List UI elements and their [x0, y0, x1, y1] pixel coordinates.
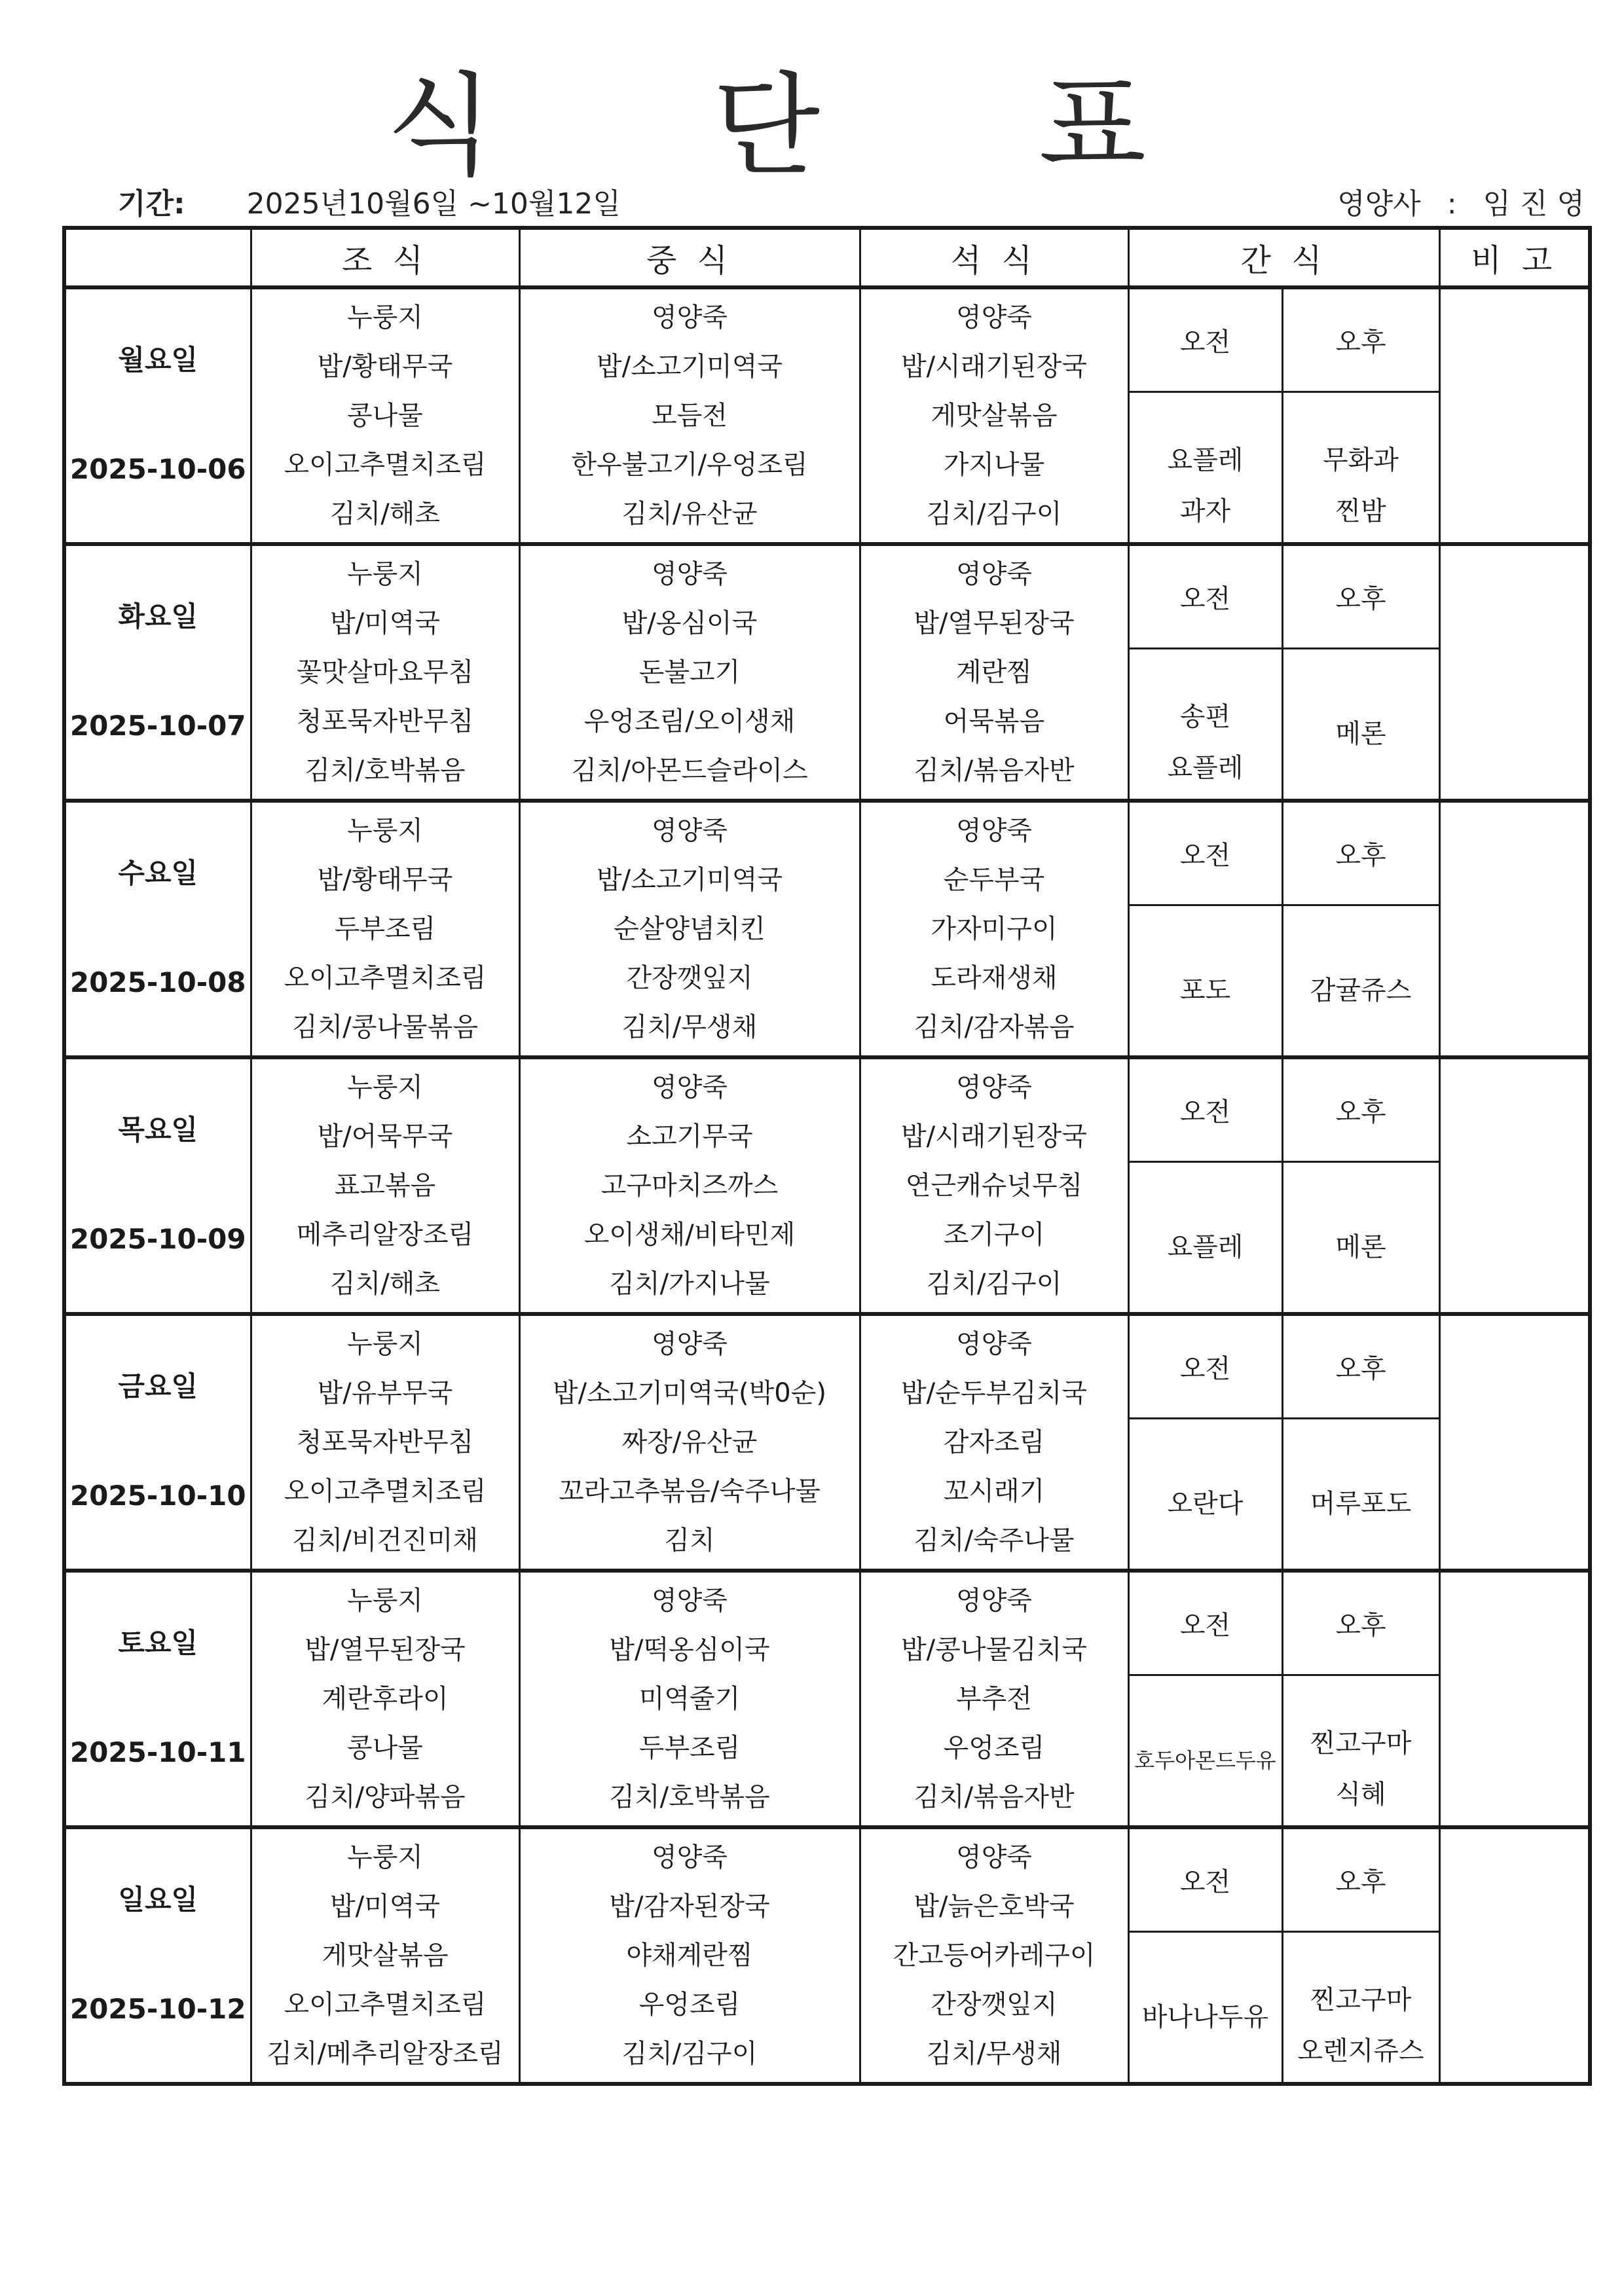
notes-cell	[1439, 1057, 1590, 1314]
nutritionist-name: 임 진 영	[1483, 187, 1585, 221]
snack-pm-label: 오후	[1282, 1827, 1439, 1932]
lunch-item: 밥/소고기미역국	[521, 342, 859, 391]
dinner-cell: 영양죽밥/시래기된장국게맛살볶음가지나물김치/김구이	[860, 287, 1128, 544]
day-name: 일요일	[66, 1878, 250, 1918]
dinner-item: 간장깻잎지	[861, 1980, 1128, 2029]
lunch-list: 영양죽밥/옹심이국돈불고기우엉조림/오이생채김치/아몬드슬라이스	[521, 546, 859, 799]
dinner-cell: 영양죽밥/열무된장국계란찜어묵볶음김치/볶음자반	[860, 544, 1128, 801]
snack-item: 송편	[1130, 691, 1282, 742]
snack-pm-cell: 메론	[1282, 1162, 1439, 1315]
snack-am-label: 오전	[1128, 801, 1282, 905]
dinner-item: 게맛살볶음	[861, 392, 1128, 440]
dinner-item: 간고등어카레구이	[861, 1931, 1128, 1980]
lunch-item: 우엉조림/오이생채	[521, 697, 859, 746]
breakfast-item: 콩나물	[252, 1724, 519, 1772]
breakfast-item: 게맛살볶음	[252, 1931, 519, 1980]
lunch-item: 영양죽	[521, 293, 859, 342]
lunch-item: 꼬라고추볶음/숙주나물	[521, 1467, 859, 1516]
lunch-item: 야채계란찜	[521, 1931, 859, 1980]
dinner-item: 꼬시래기	[861, 1467, 1128, 1516]
dinner-list: 영양죽밥/콩나물김치국부추전우엉조림김치/볶음자반	[861, 1573, 1128, 1825]
snack-pm-label: 오후	[1282, 1571, 1439, 1675]
snack-am-list: 오란다	[1130, 1419, 1282, 1569]
breakfast-cell: 누룽지밥/어묵무국표고볶음메추리알장조림김치/해초	[251, 1057, 519, 1314]
day-cell: 금요일2025-10-10	[64, 1314, 251, 1571]
snack-pm-list: 찐고구마식혜	[1283, 1676, 1439, 1825]
lunch-item: 영양죽	[521, 550, 859, 598]
dinner-item: 김치/김구이	[861, 1260, 1128, 1308]
day-cell: 일요일2025-10-12	[64, 1827, 251, 2084]
dinner-item: 우엉조림	[861, 1724, 1128, 1772]
dinner-item: 영양죽	[861, 1576, 1128, 1625]
lunch-item: 고구마치즈까스	[521, 1161, 859, 1210]
dinner-item: 부추전	[861, 1675, 1128, 1723]
dinner-item: 김치/무생채	[861, 2030, 1128, 2078]
breakfast-cell: 누룽지밥/황태무국콩나물오이고추멸치조림김치/해초	[251, 287, 519, 544]
snack-am-label: 오전	[1128, 1314, 1282, 1419]
lunch-cell: 영양죽소고기무국고구마치즈까스오이생채/비타민제김치/가지나물	[519, 1057, 860, 1314]
lunch-list: 영양죽밥/소고기미역국순살양념치킨간장깻잎지김치/무생채	[521, 803, 859, 1055]
lunch-item: 밥/옹심이국	[521, 599, 859, 647]
breakfast-item: 오이고추멸치조림	[252, 441, 519, 489]
breakfast-item: 청포묵자반무침	[252, 697, 519, 746]
lunch-item: 밥/떡옹심이국	[521, 1626, 859, 1674]
snack-item: 포도	[1130, 965, 1282, 1016]
dinner-item: 밥/시래기된장국	[861, 1112, 1128, 1161]
day-date: 2025-10-11	[66, 1736, 250, 1768]
dinner-cell: 영양죽밥/늙은호박국간고등어카레구이간장깻잎지김치/무생채	[860, 1827, 1128, 2084]
breakfast-item: 김치/비건진미채	[252, 1516, 519, 1565]
lunch-item: 영양죽	[521, 1576, 859, 1625]
day-row: 토요일2025-10-11누룽지밥/열무된장국계란후라이콩나물김치/양파볶음영양…	[64, 1571, 1590, 1675]
period-info: 기간: 2025년10월6일 ~10월12일	[118, 180, 621, 222]
lunch-item: 밥/감자된장국	[521, 1882, 859, 1931]
header-lunch: 중 식	[519, 228, 860, 287]
notes-cell	[1439, 544, 1590, 801]
lunch-item: 순살양념치킨	[521, 905, 859, 953]
lunch-item: 영양죽	[521, 1320, 859, 1368]
breakfast-item: 두부조림	[252, 905, 519, 953]
day-date: 2025-10-07	[66, 710, 250, 742]
snack-am-cell: 오란다	[1128, 1419, 1282, 1571]
notes-cell	[1439, 1314, 1590, 1571]
snack-am-label: 오전	[1128, 287, 1282, 392]
dinner-list: 영양죽밥/열무된장국계란찜어묵볶음김치/볶음자반	[861, 546, 1128, 799]
dinner-item: 밥/순두부김치국	[861, 1369, 1128, 1417]
lunch-item: 우엉조림	[521, 1980, 859, 2029]
breakfast-item: 김치/양파볶음	[252, 1773, 519, 1821]
day-cell: 화요일2025-10-07	[64, 544, 251, 801]
lunch-item: 모듬전	[521, 392, 859, 440]
lunch-item: 영양죽	[521, 1063, 859, 1112]
breakfast-item: 콩나물	[252, 392, 519, 440]
snack-am-list: 요플레과자	[1130, 393, 1282, 542]
snack-pm-label: 오후	[1282, 1057, 1439, 1162]
snack-am-list: 바나나두유	[1130, 1933, 1282, 2082]
lunch-item: 김치/무생채	[521, 1003, 859, 1051]
lunch-item: 한우불고기/우엉조림	[521, 441, 859, 489]
snack-pm-list: 메론	[1283, 1163, 1439, 1312]
breakfast-item: 누룽지	[252, 293, 519, 342]
period-value: 2025년10월6일 ~10월12일	[247, 187, 621, 221]
breakfast-cell: 누룽지밥/미역국꽃맛살마요무침청포묵자반무침김치/호박볶음	[251, 544, 519, 801]
snack-item: 찐고구마	[1283, 1718, 1439, 1769]
dinner-item: 영양죽	[861, 807, 1128, 855]
lunch-cell: 영양죽밥/옹심이국돈불고기우엉조림/오이생채김치/아몬드슬라이스	[519, 544, 860, 801]
lunch-list: 영양죽밥/소고기미역국모듬전한우불고기/우엉조림김치/유산균	[521, 289, 859, 542]
dinner-item: 영양죽	[861, 1833, 1128, 1882]
day-cell: 수요일2025-10-08	[64, 801, 251, 1057]
snack-am-cell: 포도	[1128, 905, 1282, 1058]
dinner-cell: 영양죽밥/순두부김치국감자조림꼬시래기김치/숙주나물	[860, 1314, 1128, 1571]
lunch-item: 김치/아몬드슬라이스	[521, 746, 859, 795]
dinner-cell: 영양죽밥/콩나물김치국부추전우엉조림김치/볶음자반	[860, 1571, 1128, 1827]
breakfast-item: 누룽지	[252, 1063, 519, 1112]
snack-item: 메론	[1283, 708, 1439, 759]
lunch-item: 두부조림	[521, 1724, 859, 1772]
snack-item: 메론	[1283, 1222, 1439, 1273]
snack-item: 오렌지쥬스	[1283, 2026, 1439, 2077]
breakfast-item: 김치/해초	[252, 490, 519, 538]
breakfast-item: 누룽지	[252, 1576, 519, 1625]
day-name: 목요일	[66, 1108, 250, 1148]
snack-pm-label: 오후	[1282, 544, 1439, 649]
snack-am-list: 호두아몬드두유	[1130, 1676, 1282, 1825]
snack-item: 바나나두유	[1130, 1992, 1282, 2043]
breakfast-item: 오이고추멸치조림	[252, 954, 519, 1002]
lunch-item: 김치/김구이	[521, 2030, 859, 2078]
breakfast-item: 김치/호박볶음	[252, 746, 519, 795]
dinner-item: 밥/콩나물김치국	[861, 1626, 1128, 1674]
lunch-cell: 영양죽밥/소고기미역국순살양념치킨간장깻잎지김치/무생채	[519, 801, 860, 1057]
breakfast-list: 누룽지밥/미역국게맛살볶음오이고추멸치조림김치/메추리알장조림	[252, 1829, 519, 2082]
lunch-item: 소고기무국	[521, 1112, 859, 1161]
breakfast-list: 누룽지밥/유부무국청포묵자반무침오이고추멸치조림김치/비건진미채	[252, 1316, 519, 1569]
snack-item: 과자	[1130, 486, 1282, 537]
snack-am-label: 오전	[1128, 1571, 1282, 1675]
dinner-item: 계란찜	[861, 648, 1128, 697]
notes-cell	[1439, 1827, 1590, 2084]
breakfast-item: 표고볶음	[252, 1161, 519, 1210]
header-snack: 간 식	[1128, 228, 1439, 287]
day-name: 수요일	[66, 852, 250, 891]
lunch-item: 영양죽	[521, 1833, 859, 1882]
day-row: 화요일2025-10-07누룽지밥/미역국꽃맛살마요무침청포묵자반무침김치/호박…	[64, 544, 1590, 649]
breakfast-item: 김치/메추리알장조림	[252, 2030, 519, 2078]
dinner-list: 영양죽밥/시래기된장국게맛살볶음가지나물김치/김구이	[861, 289, 1128, 542]
header-dinner: 석 식	[860, 228, 1128, 287]
lunch-list: 영양죽밥/감자된장국야채계란찜우엉조림김치/김구이	[521, 1829, 859, 2082]
dinner-list: 영양죽밥/시래기된장국연근캐슈넛무침조기구이김치/김구이	[861, 1059, 1128, 1312]
lunch-item: 밥/소고기미역국(박0순)	[521, 1369, 859, 1417]
breakfast-item: 밥/어묵무국	[252, 1112, 519, 1161]
snack-pm-label: 오후	[1282, 801, 1439, 905]
dinner-item: 김치/김구이	[861, 490, 1128, 538]
lunch-item: 미역줄기	[521, 1675, 859, 1723]
snack-item: 무화과	[1283, 435, 1439, 486]
nutritionist-separator: :	[1447, 187, 1457, 221]
day-row: 금요일2025-10-10누룽지밥/유부무국청포묵자반무침오이고추멸치조림김치/…	[64, 1314, 1590, 1419]
lunch-list: 영양죽밥/떡옹심이국미역줄기두부조림김치/호박볶음	[521, 1573, 859, 1825]
lunch-cell: 영양죽밥/소고기미역국(박0순)짜장/유산균꼬라고추볶음/숙주나물김치	[519, 1314, 860, 1571]
day-row: 목요일2025-10-09누룽지밥/어묵무국표고볶음메추리알장조림김치/해초영양…	[64, 1057, 1590, 1162]
page-title: 식 단 표	[0, 36, 1624, 196]
snack-pm-list: 찐고구마오렌지쥬스	[1283, 1933, 1439, 2082]
dinner-list: 영양죽밥/늙은호박국간고등어카레구이간장깻잎지김치/무생채	[861, 1829, 1128, 2082]
day-date: 2025-10-09	[66, 1223, 250, 1255]
dinner-item: 도라재생채	[861, 954, 1128, 1002]
dinner-list: 영양죽순두부국가자미구이도라재생채김치/감자볶음	[861, 803, 1128, 1055]
day-date: 2025-10-06	[66, 453, 250, 485]
snack-item: 식혜	[1283, 1769, 1439, 1820]
dinner-item: 순두부국	[861, 856, 1128, 904]
lunch-cell: 영양죽밥/떡옹심이국미역줄기두부조림김치/호박볶음	[519, 1571, 860, 1827]
snack-pm-cell: 메론	[1282, 649, 1439, 801]
notes-cell	[1439, 801, 1590, 1057]
snack-pm-list: 메론	[1283, 649, 1439, 799]
lunch-list: 영양죽소고기무국고구마치즈까스오이생채/비타민제김치/가지나물	[521, 1059, 859, 1312]
notes-cell	[1439, 1571, 1590, 1827]
snack-pm-cell: 머루포도	[1282, 1419, 1439, 1571]
dinner-item: 밥/시래기된장국	[861, 342, 1128, 391]
lunch-list: 영양죽밥/소고기미역국(박0순)짜장/유산균꼬라고추볶음/숙주나물김치	[521, 1316, 859, 1569]
snack-item: 감귤쥬스	[1283, 965, 1439, 1016]
snack-pm-list: 감귤쥬스	[1283, 906, 1439, 1055]
snack-am-label: 오전	[1128, 1057, 1282, 1162]
snack-am-label: 오전	[1128, 544, 1282, 649]
snack-am-cell: 바나나두유	[1128, 1932, 1282, 2085]
day-name: 토요일	[66, 1622, 250, 1661]
snack-item: 찐고구마	[1283, 1975, 1439, 2026]
snack-item: 요플레	[1130, 742, 1282, 793]
snack-item: 요플레	[1130, 1222, 1282, 1273]
dinner-cell: 영양죽밥/시래기된장국연근캐슈넛무침조기구이김치/김구이	[860, 1057, 1128, 1314]
breakfast-item: 밥/열무된장국	[252, 1626, 519, 1674]
dinner-item: 김치/볶음자반	[861, 746, 1128, 795]
snack-item: 오란다	[1130, 1478, 1282, 1529]
notes-cell	[1439, 287, 1590, 544]
snack-am-cell: 요플레과자	[1128, 392, 1282, 545]
header-breakfast: 조 식	[251, 228, 519, 287]
breakfast-item: 김치/콩나물볶음	[252, 1003, 519, 1051]
dinner-item: 영양죽	[861, 293, 1128, 342]
breakfast-item: 밥/유부무국	[252, 1369, 519, 1417]
dinner-item: 영양죽	[861, 1320, 1128, 1368]
breakfast-item: 누룽지	[252, 807, 519, 855]
lunch-item: 간장깻잎지	[521, 954, 859, 1002]
snack-item: 요플레	[1130, 435, 1282, 486]
header-notes: 비 고	[1439, 228, 1590, 287]
dinner-item: 가자미구이	[861, 905, 1128, 953]
breakfast-item: 밥/미역국	[252, 599, 519, 647]
lunch-item: 김치/호박볶음	[521, 1773, 859, 1821]
breakfast-item: 오이고추멸치조림	[252, 1467, 519, 1516]
breakfast-item: 누룽지	[252, 1833, 519, 1882]
snack-pm-cell: 감귤쥬스	[1282, 905, 1439, 1058]
breakfast-list: 누룽지밥/황태무국콩나물오이고추멸치조림김치/해초	[252, 289, 519, 542]
lunch-item: 밥/소고기미역국	[521, 856, 859, 904]
dinner-cell: 영양죽순두부국가자미구이도라재생채김치/감자볶음	[860, 801, 1128, 1057]
snack-pm-cell: 찐고구마식혜	[1282, 1675, 1439, 1828]
breakfast-item: 꽃맛살마요무침	[252, 648, 519, 697]
snack-am-list: 포도	[1130, 906, 1282, 1055]
breakfast-item: 누룽지	[252, 1320, 519, 1368]
breakfast-item: 밥/황태무국	[252, 342, 519, 391]
day-name: 월요일	[66, 338, 250, 378]
breakfast-list: 누룽지밥/어묵무국표고볶음메추리알장조림김치/해초	[252, 1059, 519, 1312]
dinner-item: 밥/늙은호박국	[861, 1882, 1128, 1931]
breakfast-list: 누룽지밥/황태무국두부조림오이고추멸치조림김치/콩나물볶음	[252, 803, 519, 1055]
lunch-item: 김치/가지나물	[521, 1260, 859, 1308]
header-day	[64, 228, 251, 287]
dinner-item: 밥/열무된장국	[861, 599, 1128, 647]
breakfast-item: 김치/해초	[252, 1260, 519, 1308]
snack-am-cell: 호두아몬드두유	[1128, 1675, 1282, 1828]
dinner-item: 김치/볶음자반	[861, 1773, 1128, 1821]
lunch-item: 짜장/유산균	[521, 1418, 859, 1467]
lunch-item: 김치	[521, 1516, 859, 1565]
dinner-item: 어묵볶음	[861, 697, 1128, 746]
snack-am-cell: 송편요플레	[1128, 649, 1282, 801]
dinner-item: 김치/숙주나물	[861, 1516, 1128, 1565]
breakfast-item: 메추리알장조림	[252, 1211, 519, 1259]
lunch-item: 영양죽	[521, 807, 859, 855]
nutritionist-label: 영양사	[1337, 187, 1421, 221]
snack-pm-list: 머루포도	[1283, 1419, 1439, 1569]
day-cell: 월요일2025-10-06	[64, 287, 251, 544]
header-row: 조 식 중 식 석 식 간 식 비 고	[64, 228, 1590, 287]
day-cell: 토요일2025-10-11	[64, 1571, 251, 1827]
lunch-item: 오이생채/비타민제	[521, 1211, 859, 1259]
lunch-cell: 영양죽밥/감자된장국야채계란찜우엉조림김치/김구이	[519, 1827, 860, 2084]
period-label: 기간:	[118, 187, 185, 221]
breakfast-item: 누룽지	[252, 550, 519, 598]
dinner-item: 연근캐슈넛무침	[861, 1161, 1128, 1210]
breakfast-item: 청포묵자반무침	[252, 1418, 519, 1467]
snack-am-label: 오전	[1128, 1827, 1282, 1932]
breakfast-item: 오이고추멸치조림	[252, 1980, 519, 2029]
breakfast-item: 밥/미역국	[252, 1882, 519, 1931]
breakfast-cell: 누룽지밥/미역국게맛살볶음오이고추멸치조림김치/메추리알장조림	[251, 1827, 519, 2084]
day-date: 2025-10-12	[66, 1993, 250, 2025]
day-date: 2025-10-08	[66, 966, 250, 998]
snack-am-cell: 요플레	[1128, 1162, 1282, 1315]
snack-pm-cell: 무화과찐밤	[1282, 392, 1439, 545]
breakfast-cell: 누룽지밥/황태무국두부조림오이고추멸치조림김치/콩나물볶음	[251, 801, 519, 1057]
dinner-item: 김치/감자볶음	[861, 1003, 1128, 1051]
lunch-item: 돈불고기	[521, 648, 859, 697]
snack-pm-label: 오후	[1282, 1314, 1439, 1419]
menu-table: 조 식 중 식 석 식 간 식 비 고 월요일2025-10-06누룽지밥/황태…	[62, 226, 1592, 2086]
day-name: 금요일	[66, 1365, 250, 1404]
day-row: 수요일2025-10-08누룽지밥/황태무국두부조림오이고추멸치조림김치/콩나물…	[64, 801, 1590, 905]
snack-am-list: 요플레	[1130, 1163, 1282, 1312]
day-cell: 목요일2025-10-09	[64, 1057, 251, 1314]
breakfast-cell: 누룽지밥/유부무국청포묵자반무침오이고추멸치조림김치/비건진미채	[251, 1314, 519, 1571]
dinner-list: 영양죽밥/순두부김치국감자조림꼬시래기김치/숙주나물	[861, 1316, 1128, 1569]
dinner-item: 가지나물	[861, 441, 1128, 489]
snack-pm-list: 무화과찐밤	[1283, 393, 1439, 542]
breakfast-item: 계란후라이	[252, 1675, 519, 1723]
dinner-item: 영양죽	[861, 1063, 1128, 1112]
snack-pm-label: 오후	[1282, 287, 1439, 392]
dinner-item: 조기구이	[861, 1211, 1128, 1259]
day-row: 일요일2025-10-12누룽지밥/미역국게맛살볶음오이고추멸치조림김치/메추리…	[64, 1827, 1590, 1932]
breakfast-cell: 누룽지밥/열무된장국계란후라이콩나물김치/양파볶음	[251, 1571, 519, 1827]
breakfast-list: 누룽지밥/열무된장국계란후라이콩나물김치/양파볶음	[252, 1573, 519, 1825]
day-row: 월요일2025-10-06누룽지밥/황태무국콩나물오이고추멸치조림김치/해초영양…	[64, 287, 1590, 392]
snack-am-list: 송편요플레	[1130, 649, 1282, 799]
lunch-cell: 영양죽밥/소고기미역국모듬전한우불고기/우엉조림김치/유산균	[519, 287, 860, 544]
breakfast-list: 누룽지밥/미역국꽃맛살마요무침청포묵자반무침김치/호박볶음	[252, 546, 519, 799]
lunch-item: 김치/유산균	[521, 490, 859, 538]
breakfast-item: 밥/황태무국	[252, 856, 519, 904]
dinner-item: 감자조림	[861, 1418, 1128, 1467]
snack-item: 호두아몬드두유	[1130, 1735, 1282, 1786]
snack-pm-cell: 찐고구마오렌지쥬스	[1282, 1932, 1439, 2085]
snack-item: 머루포도	[1283, 1478, 1439, 1529]
day-date: 2025-10-10	[66, 1480, 250, 1512]
snack-item: 찐밤	[1283, 486, 1439, 537]
dinner-item: 영양죽	[861, 550, 1128, 598]
day-name: 화요일	[66, 595, 250, 634]
nutritionist-info: 영양사:임 진 영	[1337, 180, 1585, 222]
